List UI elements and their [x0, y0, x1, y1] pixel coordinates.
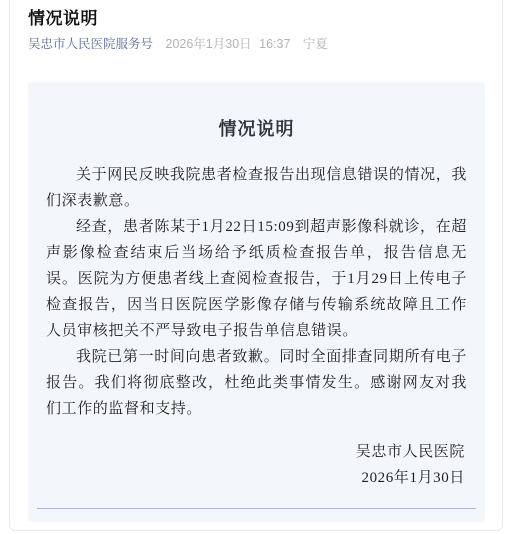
- signature-org: 吴忠市人民医院: [46, 439, 465, 465]
- article-title: 情况说明: [28, 9, 485, 28]
- notice-paragraph-1: 关于网民反映我院患者检查报告出现信息错误的情况，我们深表歉意。: [46, 162, 467, 214]
- publish-region: 宁夏: [303, 37, 328, 51]
- signature-date: 2026年1月30日: [46, 465, 465, 491]
- notice-card: 情况说明 关于网民反映我院患者检查报告出现信息错误的情况，我们深表歉意。 经查，…: [28, 82, 485, 522]
- publish-time: 16:37: [259, 37, 290, 51]
- article-page: 情况说明 吴忠市人民医院服务号 2026年1月30日 16:37 宁夏 情况说明…: [9, 0, 503, 531]
- notice-title: 情况说明: [46, 119, 467, 139]
- account-name-link[interactable]: 吴忠市人民医院服务号: [28, 37, 153, 51]
- publish-date: 2026年1月30日: [166, 37, 252, 51]
- signature-block: 吴忠市人民医院 2026年1月30日: [46, 439, 467, 491]
- notice-paragraph-3: 我院已第一时间向患者致歉。同时全面排查同期所有电子报告。我们将彻底整改，杜绝此类…: [46, 344, 467, 422]
- notice-paragraph-2: 经查，患者陈某于1月22日15:09到超声影像科就诊，在超声影像检查结束后当场给…: [46, 214, 467, 344]
- notice-body: 关于网民反映我院患者检查报告出现信息错误的情况，我们深表歉意。 经查，患者陈某于…: [46, 162, 467, 422]
- card-divider-line: [37, 508, 476, 509]
- byline: 吴忠市人民医院服务号 2026年1月30日 16:37 宁夏: [28, 37, 485, 51]
